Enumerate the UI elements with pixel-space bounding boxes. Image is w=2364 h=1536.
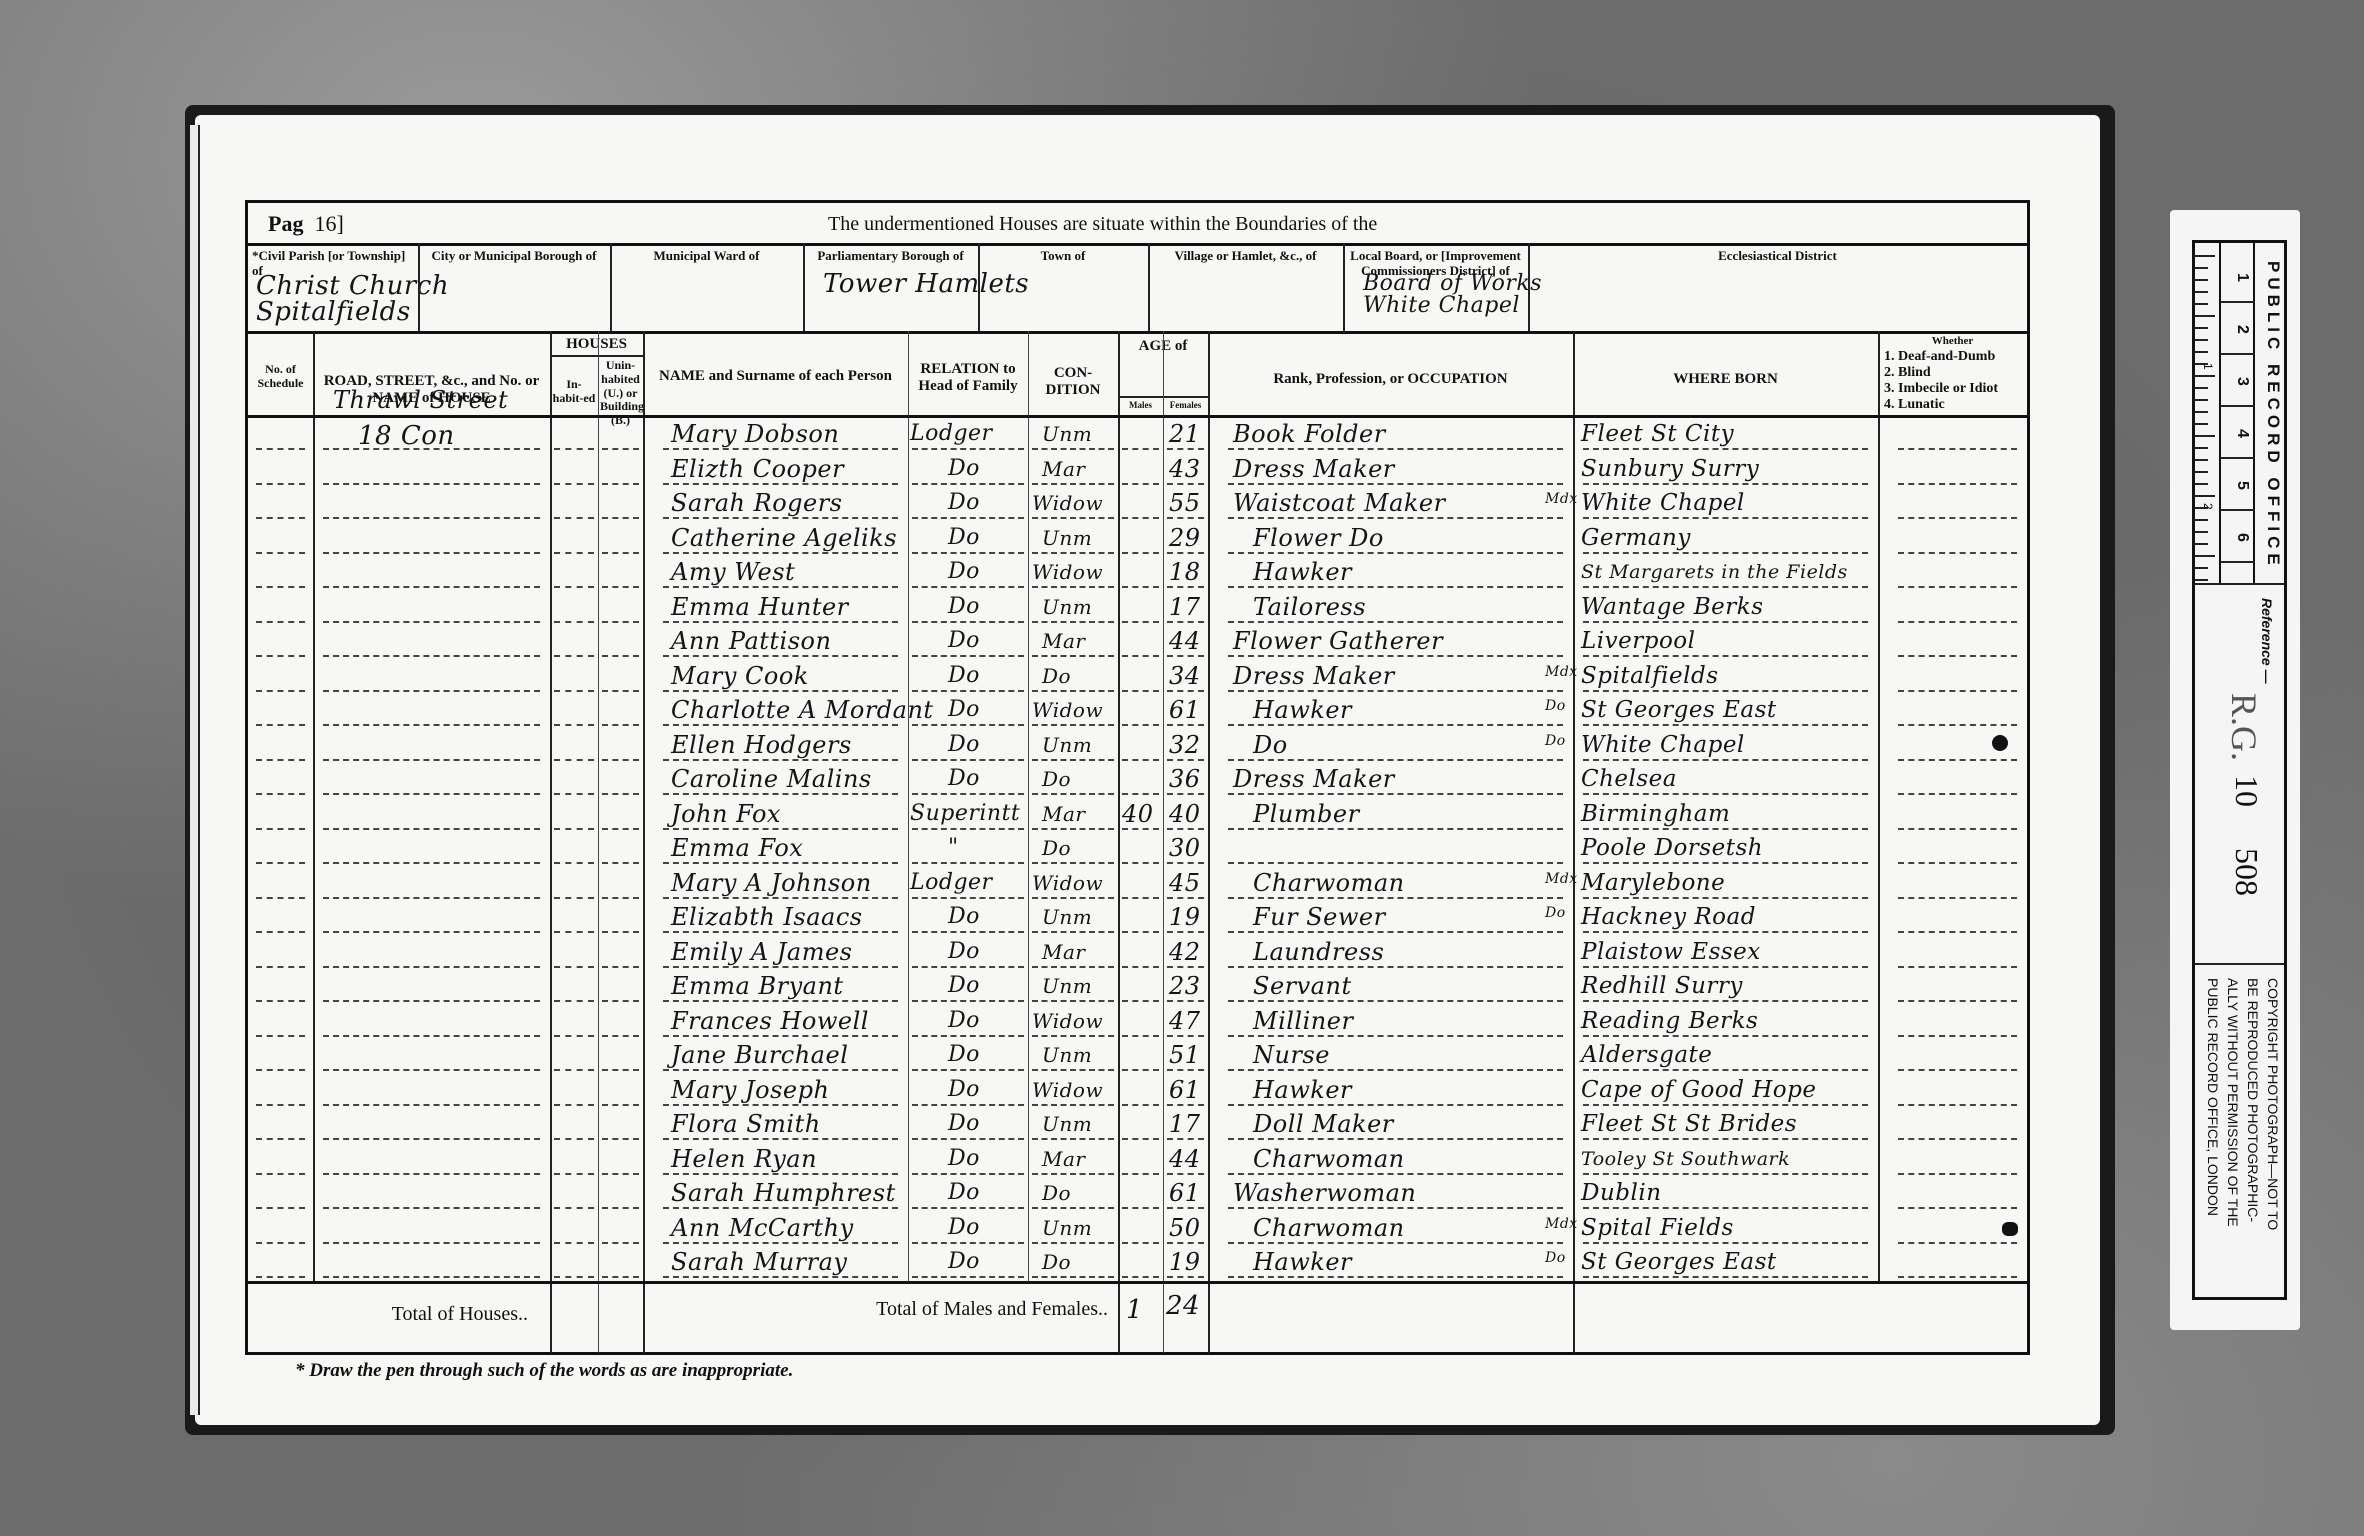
cell-relation: Lodger	[910, 868, 993, 898]
divider	[248, 1281, 2027, 1284]
cell-where-born: Tooley St Southwark	[1581, 1144, 1790, 1174]
cell-where-born: Plaistow Essex	[1581, 937, 1761, 967]
row-rule	[256, 448, 305, 450]
cell-where-born: Birmingham	[1581, 799, 1730, 829]
row-rule	[1583, 483, 1868, 485]
row-rule	[323, 897, 540, 899]
row-rule	[1898, 690, 2017, 692]
row-rule	[1167, 897, 1204, 899]
row-rule	[1167, 1069, 1204, 1071]
row-rule	[1228, 931, 1563, 933]
column-header-rel: RELATION to Head of Family	[910, 361, 1026, 396]
cell-relation: Do	[948, 1075, 980, 1105]
cell-condition: Mar	[1042, 1144, 1085, 1174]
cell-relation: Superintt	[910, 799, 1020, 829]
row-rule	[912, 862, 1024, 864]
scale-number: 6	[2233, 533, 2251, 542]
ruler-number: 2	[2201, 503, 2215, 510]
ruler-tick	[2195, 471, 2208, 473]
total-houses-label: Total of Houses..	[258, 1303, 528, 1326]
cell-occupation: Do	[1253, 730, 1288, 760]
cell-condition: Unm	[1042, 902, 1092, 932]
cell-where-born: Dublin	[1581, 1178, 1662, 1208]
row-rule	[256, 621, 305, 623]
scale-number: 1	[2233, 273, 2251, 282]
ruler-tick	[2195, 375, 2215, 377]
row-rule	[1228, 1173, 1563, 1175]
row-rule	[602, 586, 639, 588]
cell-relation: Lodger	[910, 419, 993, 449]
cell-relation: Do	[948, 1178, 980, 1208]
row-rule	[912, 483, 1024, 485]
row-rule	[256, 966, 305, 968]
row-rule	[256, 1000, 305, 1002]
row-rule	[663, 724, 898, 726]
row-rule	[663, 1000, 898, 1002]
row-rule	[1122, 1207, 1159, 1209]
row-rule	[1167, 1173, 1204, 1175]
row-rule	[1228, 759, 1563, 761]
row-rule	[912, 828, 1024, 830]
row-rule	[663, 1069, 898, 1071]
cell-name: Helen Ryan	[671, 1144, 817, 1174]
row-rule	[256, 724, 305, 726]
row-rule	[1898, 793, 2017, 795]
cell-female-age: 34	[1169, 661, 1201, 691]
cell-name: Elizabth Isaacs	[671, 902, 863, 932]
row-rule	[912, 1173, 1024, 1175]
divider	[2195, 963, 2284, 965]
cell-condition: Mar	[1042, 799, 1085, 829]
row-rule	[663, 1242, 898, 1244]
row-rule	[1228, 966, 1563, 968]
row-rule	[663, 621, 898, 623]
cell-name: Ann Pattison	[671, 626, 831, 656]
row-rule	[323, 724, 540, 726]
cell-where-born: Liverpool	[1581, 626, 1696, 656]
row-rule	[602, 621, 639, 623]
ruler-tick	[2195, 255, 2215, 257]
ruler-tick	[2195, 543, 2208, 545]
row-rule	[1122, 724, 1159, 726]
boundary-label: Ecclesiastical District	[1532, 249, 2023, 264]
row-rule	[256, 897, 305, 899]
cell-occupation: Hawker	[1253, 1075, 1352, 1105]
row-rule	[912, 1035, 1024, 1037]
row-rule	[1228, 552, 1563, 554]
cell-female-age: 32	[1169, 730, 1201, 760]
row-rule	[602, 897, 639, 899]
cell-relation: Do	[948, 1006, 980, 1036]
cell-name: Emily A James	[671, 937, 852, 967]
cell-occupation: Hawker	[1253, 557, 1352, 587]
row-rule	[554, 586, 594, 588]
infirmity-option: 4. Lunatic	[1884, 397, 1945, 413]
cell-occupation: Hawker	[1253, 1247, 1352, 1277]
row-rule	[554, 1104, 594, 1106]
scale-box-divider	[2221, 353, 2255, 355]
ruler: 12	[2195, 243, 2219, 583]
row-rule	[912, 1276, 1024, 1278]
row-rule	[1122, 1104, 1159, 1106]
row-rule	[323, 586, 540, 588]
row-rule	[256, 690, 305, 692]
cell-where-born: Sunbury Surry	[1581, 454, 1759, 484]
cell-occupation: Plumber	[1253, 799, 1360, 829]
row-rule	[1583, 1138, 1868, 1140]
row-rule	[1228, 448, 1563, 450]
cell-condition: Do	[1042, 833, 1071, 863]
row-rule	[1122, 828, 1159, 830]
row-rule	[1228, 862, 1563, 864]
row-rule	[663, 483, 898, 485]
row-rule	[1167, 1035, 1204, 1037]
row-rule	[1583, 793, 1868, 795]
row-rule	[1167, 1138, 1204, 1140]
total-persons-label: Total of Males and Females..	[648, 1298, 1108, 1321]
column-header-schedule: No. of Schedule	[250, 363, 311, 391]
boundary-label: Municipal Ward of	[614, 249, 799, 264]
cell-female-age: 55	[1169, 488, 1201, 518]
cell-relation: "	[948, 833, 959, 863]
row-rule	[323, 621, 540, 623]
ink-blot	[1992, 735, 2008, 751]
cell-relation: Do	[948, 695, 980, 725]
row-rule	[1122, 483, 1159, 485]
row-rule	[602, 1242, 639, 1244]
cell-born-county: Do	[1545, 691, 1566, 721]
row-rule	[323, 1000, 540, 1002]
row-rule	[1122, 1173, 1159, 1175]
row-rule	[323, 517, 540, 519]
row-rule	[1032, 690, 1114, 692]
row-rule	[602, 862, 639, 864]
cell-name: John Fox	[671, 799, 781, 829]
row-rule	[1898, 1069, 2017, 1071]
cell-born-county: Do	[1545, 898, 1566, 928]
row-rule	[323, 552, 540, 554]
row-rule	[1032, 828, 1114, 830]
ink-blot	[2002, 1222, 2018, 1236]
cell-where-born: Poole Dorsetsh	[1581, 833, 1763, 863]
divider	[1148, 243, 1150, 331]
row-rule	[256, 1207, 305, 1209]
row-rule	[1583, 931, 1868, 933]
row-rule	[1898, 1242, 2017, 1244]
cell-where-born: Germany	[1581, 523, 1691, 553]
ruler-tick	[2195, 411, 2208, 413]
row-rule	[1228, 586, 1563, 588]
row-rule	[912, 759, 1024, 761]
row-rule	[602, 1276, 639, 1278]
row-rule	[323, 1276, 540, 1278]
row-rule	[1167, 690, 1204, 692]
row-rule	[1583, 1035, 1868, 1037]
row-rule	[323, 1242, 540, 1244]
row-rule	[1032, 1173, 1114, 1175]
cell-female-age: 40	[1169, 799, 1201, 829]
row-rule	[602, 1138, 639, 1140]
census-row: Mary CookDoDo34Dress MakerMdxSpitalfield…	[248, 659, 2027, 692]
census-row: Amy WestDoWidow18HawkerSt Margarets in t…	[248, 555, 2027, 588]
cell-relation: Do	[948, 557, 980, 587]
row-rule	[602, 793, 639, 795]
census-row: Emma BryantDoUnm23ServantRedhill Surry	[248, 969, 2027, 1002]
row-rule	[1167, 724, 1204, 726]
reference-folio: 508	[2228, 848, 2265, 896]
cell-female-age: 23	[1169, 971, 1201, 1001]
cell-occupation: Charwoman	[1253, 868, 1405, 898]
row-rule	[1898, 828, 2017, 830]
row-rule	[1122, 966, 1159, 968]
cell-name: Catherine Ageliks	[671, 523, 897, 553]
column-header-cond: CON-DITION	[1030, 365, 1116, 400]
ruler-tick	[2195, 531, 2208, 533]
row-rule	[1032, 1207, 1114, 1209]
row-rule	[1032, 1069, 1114, 1071]
row-rule	[1122, 586, 1159, 588]
row-rule	[912, 552, 1024, 554]
boundary-value: Tower Hamlets	[823, 271, 1058, 297]
row-rule	[1122, 1138, 1159, 1140]
cell-occupation: Charwoman	[1253, 1144, 1405, 1174]
row-rule	[1898, 621, 2017, 623]
page-number-value: 16	[314, 211, 336, 236]
boundaries-title: The undermentioned Houses are situate wi…	[828, 213, 1728, 236]
row-rule	[323, 448, 540, 450]
row-rule	[1583, 1207, 1868, 1209]
row-rule	[1228, 1035, 1563, 1037]
row-rule	[912, 897, 1024, 899]
row-rule	[602, 690, 639, 692]
ruler-tick	[2195, 447, 2208, 449]
row-rule	[663, 1173, 898, 1175]
cell-occupation: Dress Maker	[1233, 454, 1395, 484]
row-rule	[1122, 655, 1159, 657]
cell-name: Sarah Humphrest	[671, 1178, 896, 1208]
row-rule	[1167, 448, 1204, 450]
ruler-number: 1	[2201, 363, 2215, 370]
row-rule	[1583, 621, 1868, 623]
row-rule	[1032, 1104, 1114, 1106]
row-rule	[256, 483, 305, 485]
row-rule	[1583, 690, 1868, 692]
cell-relation: Do	[948, 626, 980, 656]
row-rule	[256, 1069, 305, 1071]
cell-female-age: 19	[1169, 902, 1201, 932]
row-rule	[1167, 517, 1204, 519]
boundary-value: Board of Works White Chapel	[1363, 273, 1608, 317]
row-rule	[1583, 517, 1868, 519]
divider	[978, 243, 980, 331]
row-rule	[912, 1138, 1024, 1140]
cell-occupation: Tailoress	[1253, 592, 1366, 622]
ruler-tick	[2195, 483, 2208, 485]
ruler-tick	[2195, 399, 2208, 401]
row-rule	[323, 1207, 540, 1209]
cell-relation: Do	[948, 730, 980, 760]
row-rule	[1228, 690, 1563, 692]
row-rule	[1167, 1104, 1204, 1106]
column-header-females: Females	[1163, 400, 1208, 410]
ruler-tick	[2195, 435, 2215, 437]
row-rule	[1898, 1276, 2017, 1278]
row-rule	[554, 690, 594, 692]
row-rule	[602, 517, 639, 519]
row-rule	[1167, 1000, 1204, 1002]
reference-label: Reference —	[2259, 598, 2275, 684]
street-name: Thrawl Street	[333, 386, 508, 414]
cell-female-age: 30	[1169, 833, 1201, 863]
strip-title: PUBLIC RECORD OFFICE	[2263, 261, 2283, 570]
total-males: 1	[1126, 1295, 1143, 1325]
row-rule	[1122, 793, 1159, 795]
boundary-label: Parliamentary Borough of	[807, 249, 974, 264]
census-row: Catherine AgeliksDoUnm29Flower DoGermany	[248, 521, 2027, 554]
row-rule	[1167, 483, 1204, 485]
cell-relation: Do	[948, 523, 980, 553]
row-rule	[1898, 448, 2017, 450]
row-rule	[554, 931, 594, 933]
row-rule	[554, 1242, 594, 1244]
scale-number: 5	[2233, 481, 2251, 490]
cell-occupation: Charwoman	[1253, 1213, 1405, 1243]
row-rule	[256, 1173, 305, 1175]
row-rule	[1167, 793, 1204, 795]
row-rule	[1122, 897, 1159, 899]
cell-female-age: 21	[1169, 419, 1201, 449]
cell-occupation: Fur Sewer	[1253, 902, 1386, 932]
row-rule	[602, 759, 639, 761]
cell-condition: Unm	[1042, 523, 1092, 553]
cell-where-born: Wantage Berks	[1581, 592, 1764, 622]
scale-boxes: 123456	[2219, 243, 2255, 583]
row-rule	[323, 1173, 540, 1175]
cell-occupation: Doll Maker	[1253, 1109, 1394, 1139]
row-rule	[1898, 1035, 2017, 1037]
cell-name: Emma Fox	[671, 833, 803, 863]
row-rule	[554, 1173, 594, 1175]
row-rule	[1167, 931, 1204, 933]
cell-where-born: Cape of Good Hope	[1581, 1075, 1816, 1105]
row-rule	[554, 448, 594, 450]
row-rule	[912, 1207, 1024, 1209]
cell-born-county: Mdx	[1545, 1209, 1578, 1239]
row-rule	[1228, 621, 1563, 623]
row-rule	[1583, 1000, 1868, 1002]
cell-occupation: Flower Gatherer	[1233, 626, 1443, 656]
row-rule	[1032, 1138, 1114, 1140]
row-rule	[602, 931, 639, 933]
row-rule	[554, 724, 594, 726]
cell-condition: Mar	[1042, 937, 1085, 967]
row-rule	[256, 793, 305, 795]
cell-where-born: Hackney Road	[1581, 902, 1756, 932]
column-header-males: Males	[1118, 400, 1163, 410]
row-rule	[256, 517, 305, 519]
census-row: Sarah RogersDoWidow55Waistcoat MakerMdxW…	[248, 486, 2027, 519]
row-rule	[1032, 655, 1114, 657]
row-rule	[912, 1242, 1024, 1244]
column-header-name: NAME and Surname of each Person	[645, 368, 906, 385]
row-rule	[1583, 655, 1868, 657]
cell-name: Ellen Hodgers	[671, 730, 852, 760]
row-rule	[1167, 1276, 1204, 1278]
divider	[418, 243, 420, 331]
census-form: Pag 16] The undermentioned Houses are si…	[245, 200, 2030, 1355]
row-rule	[663, 897, 898, 899]
row-rule	[912, 1104, 1024, 1106]
cell-name: Mary Dobson	[671, 419, 839, 449]
cell-where-born: Aldersgate	[1581, 1040, 1712, 1070]
reference-piece: 10	[2228, 775, 2265, 807]
row-rule	[663, 1138, 898, 1140]
ruler-tick	[2195, 267, 2208, 269]
row-rule	[1167, 966, 1204, 968]
row-rule	[602, 1207, 639, 1209]
row-rule	[1228, 828, 1563, 830]
row-rule	[1228, 1242, 1563, 1244]
row-rule	[912, 793, 1024, 795]
divider	[1528, 243, 1530, 331]
row-rule	[1228, 1104, 1563, 1106]
row-rule	[1898, 724, 2017, 726]
row-rule	[1167, 828, 1204, 830]
row-rule	[323, 1104, 540, 1106]
cell-condition: Unm	[1042, 1109, 1092, 1139]
ruler-tick	[2195, 327, 2208, 329]
scale-box-divider	[2221, 561, 2255, 563]
cell-where-born: Spital Fields	[1581, 1213, 1734, 1243]
ruler-tick	[2195, 459, 2208, 461]
row-rule	[912, 621, 1024, 623]
cell-name: Mary A Johnson	[671, 868, 872, 898]
row-rule	[256, 1104, 305, 1106]
row-rule	[912, 586, 1024, 588]
row-rule	[256, 931, 305, 933]
row-rule	[1228, 1000, 1563, 1002]
row-rule	[912, 724, 1024, 726]
scale-number: 4	[2233, 429, 2251, 438]
row-rule	[1122, 552, 1159, 554]
row-rule	[1228, 1207, 1563, 1209]
row-rule	[1898, 517, 2017, 519]
cell-name: Caroline Malins	[671, 764, 872, 794]
row-rule	[1898, 897, 2017, 899]
cell-female-age: 17	[1169, 592, 1201, 622]
cell-born-county: Do	[1545, 726, 1566, 756]
row-rule	[602, 1104, 639, 1106]
row-rule	[602, 1000, 639, 1002]
row-rule	[1122, 862, 1159, 864]
cell-female-age: 44	[1169, 626, 1201, 656]
row-rule	[1898, 1173, 2017, 1175]
row-rule	[602, 552, 639, 554]
cell-female-age: 44	[1169, 1144, 1201, 1174]
row-rule	[1122, 1069, 1159, 1071]
row-rule	[554, 1276, 594, 1278]
divider	[803, 243, 805, 331]
census-row: Jane BurchaelDoUnm51NurseAldersgate	[248, 1038, 2027, 1071]
ruler-tick	[2195, 351, 2208, 353]
row-rule	[1228, 483, 1563, 485]
ruler-tick	[2195, 579, 2208, 581]
row-rule	[1032, 517, 1114, 519]
cell-condition: Widow	[1032, 868, 1103, 898]
cell-female-age: 61	[1169, 1178, 1201, 1208]
cell-name: Emma Bryant	[671, 971, 844, 1001]
row-rule	[1583, 724, 1868, 726]
